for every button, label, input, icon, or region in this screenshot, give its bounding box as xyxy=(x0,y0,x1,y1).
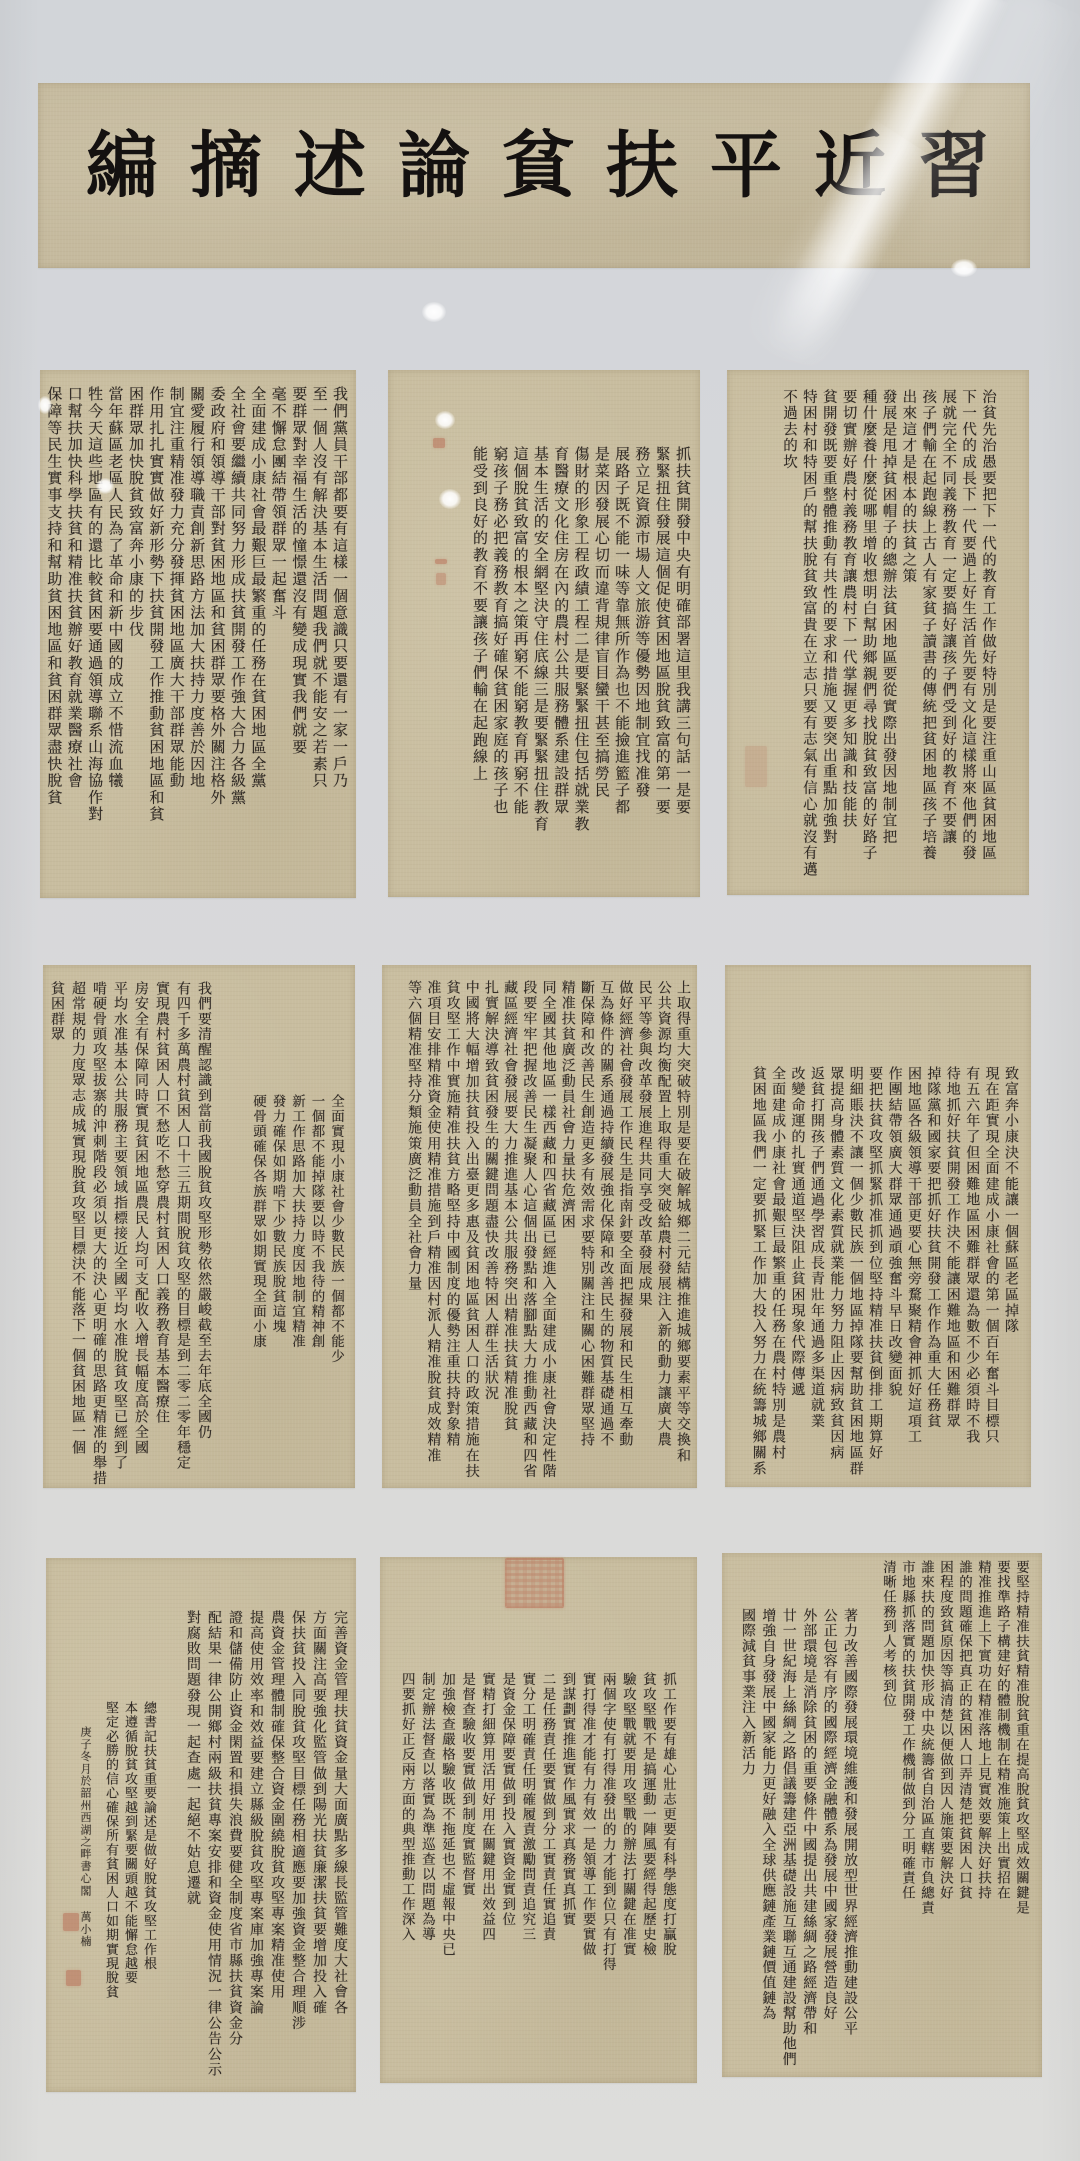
red-seal xyxy=(433,438,445,448)
red-seal xyxy=(66,1970,81,1986)
calligraphy-panel: 完善資金管理扶貧資金量大面廣點多線長監管難度大社會各 方面關注高要強化監管做到陽… xyxy=(46,1558,356,2092)
red-seal xyxy=(63,1913,79,1931)
text-block: 致富奔小康決不能讓一個蘇區老區掉隊 現在距實現全面建成小康社會的第一個百年奮斗目… xyxy=(748,1066,1020,1477)
calligraphy-panel: 要堅持精准扶貧精准脫貧重在提高脫貧攻堅成效關鍵是 要找準路子構建好的體制機制在精… xyxy=(722,1553,1042,2077)
text-block: 治貧先治愚要把下一代的教育工作做好特別是要注重山區貧困地區 下一代的成長下一代要… xyxy=(778,389,997,878)
text-block: 著力改善國際發展環境維護和發展開放型世界經濟推動建設公平 公正包容有序的國際經濟… xyxy=(738,1608,860,2067)
calligraphy-panel: 抓工作要有雄心壯志更要有科學態度打贏脫 貧攻堅戰不是搞運動一陣風要經得起歷史檢 … xyxy=(380,1557,697,2083)
text-block: 要堅持精准扶貧精准脫貧重在提高脫貧攻堅成效關鍵是 要找準路子構建好的體制機制在精… xyxy=(878,1560,1030,1915)
calligraphy-panel: 全面實現小康社會少數民族一個都不能少 一個都不能掉隊要以時不我待的精神創 新工作… xyxy=(43,965,355,1488)
calligraphy-panel: 治貧先治愚要把下一代的教育工作做好特別是要注重山區貧困地區 下一代的成長下一代要… xyxy=(727,370,1029,895)
text-block: 上取得重大突破特別是要在破解城鄉二元結構推進城鄉要素平等交換和 公共資源均衡配置… xyxy=(404,980,692,1479)
text-block: 全面實現小康社會少數民族一個都不能少 一個都不能掉隊要以時不我待的精神創 新工作… xyxy=(248,1094,346,1364)
text-block: 我們黨員干部都要有這樣一個意識只要還有一家一戶乃 至一個人沒有解決基本生活問題我… xyxy=(44,386,350,823)
calligraphy-panel: 上取得重大突破特別是要在破解城鄉二元結構推進城鄉要素平等交換和 公共資源均衡配置… xyxy=(382,965,697,1488)
title-banner: 習近平扶貧論述摘編 xyxy=(38,83,1030,268)
red-seal xyxy=(745,746,767,787)
artist-signature: 庚子冬月於韶州西湖之畔書心閣 萬小楠 xyxy=(78,1726,92,1948)
calligraphy-panel: 抓扶貧開發中央有明確部署這里我講三句話一是要 緊緊扭住發展這個促使貧困地區脫貧致… xyxy=(388,370,700,897)
red-seal xyxy=(435,559,447,564)
calligraphy-panel: 我們黨員干部都要有這樣一個意識只要還有一家一戶乃 至一個人沒有解決基本生活問題我… xyxy=(40,370,356,898)
text-block: 總書記扶貧重要論述是做好脫貧攻堅工作根 本遵循脫貧攻堅越到緊要關頭越不能懈怠越要… xyxy=(101,1701,158,1999)
text-block: 完善資金管理扶貧資金量大面廣點多線長監管難度大社會各 方面關注高要強化監管做到陽… xyxy=(182,1610,350,2078)
red-seal xyxy=(505,1558,564,1608)
calligraphy-panel: 致富奔小康決不能讓一個蘇區老區掉隊 現在距實現全面建成小康社會的第一個百年奮斗目… xyxy=(725,965,1031,1487)
exhibit-title: 習近平扶貧論述摘編 xyxy=(64,127,1000,209)
red-seal xyxy=(436,573,446,585)
text-block: 抓扶貧開發中央有明確部署這里我講三句話一是要 緊緊扭住發展這個促使貧困地區脫貧致… xyxy=(470,446,693,832)
text-block: 抓工作要有雄心壯志更要有科學態度打贏脫 貧攻堅戰不是搞運動一陣風要經得起歷史檢 … xyxy=(397,1672,678,1972)
text-block: 我們要清醒認識到當前我國脫貧攻堅形勢依然嚴峻截至去年底全國仍 有四千多萬農村貧困… xyxy=(46,981,214,1486)
